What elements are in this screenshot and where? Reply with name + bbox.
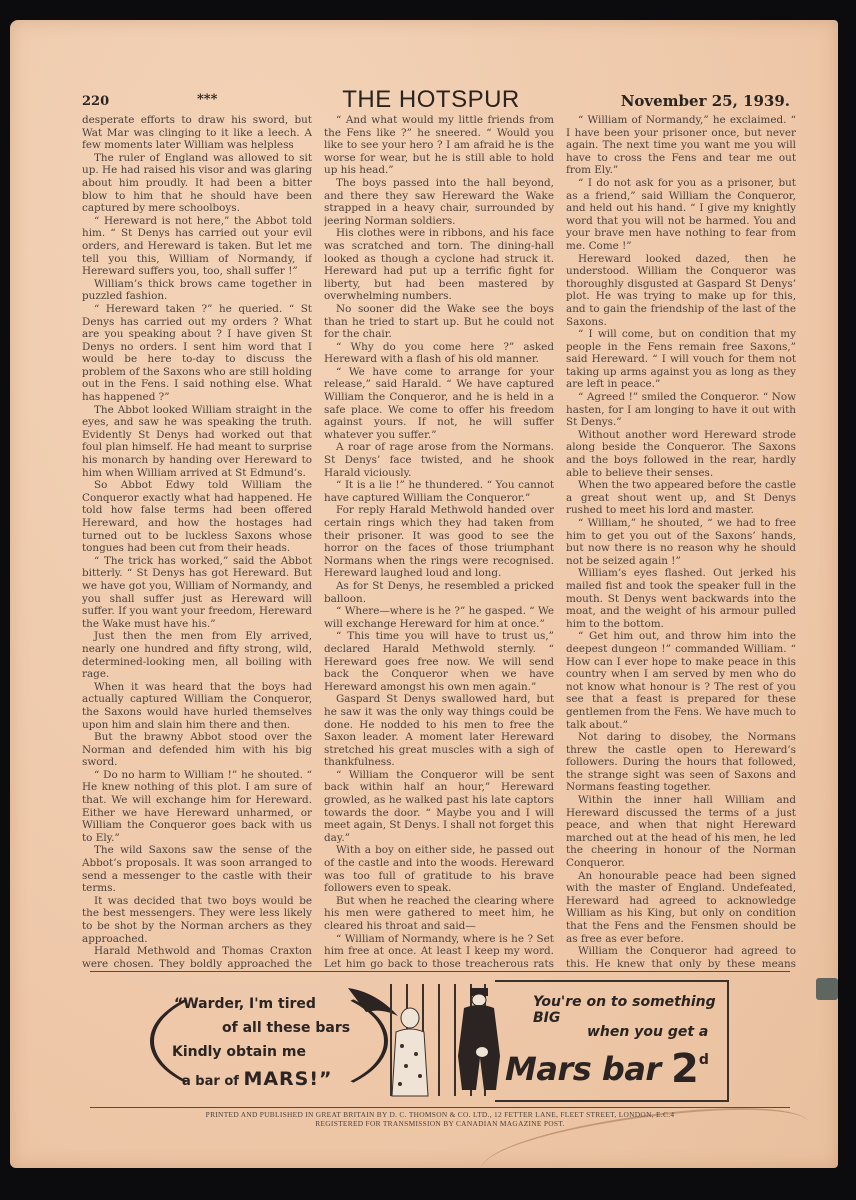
story-paragraph: Just then the men from Ely arrived, near… (82, 630, 312, 680)
price: 2d (671, 1046, 709, 1092)
issue-date: November 25, 1939. (621, 92, 790, 110)
story-paragraph: William’s thick brows came together in p… (82, 278, 312, 303)
story-paragraph: It was decided that two boys would be th… (82, 895, 312, 945)
story-paragraph: “ I will come, but on condition that my … (566, 328, 796, 391)
story-paragraph: But when he reached the clearing where h… (324, 895, 554, 933)
story-paragraph: William the Conqueror had agreed to this… (566, 945, 796, 970)
story-paragraph: “ I do not ask for you as a prisoner, bu… (566, 177, 796, 253)
story-paragraph: “ Agreed !” smiled the Conqueror. “ Now … (566, 391, 796, 429)
story-paragraph: The wild Saxons saw the sense of the Abb… (82, 844, 312, 894)
story-paragraph: The Abbot looked William straight in the… (82, 404, 312, 480)
ad-top-rule (90, 971, 790, 972)
story-paragraph: Gaspard St Denys swallowed hard, but he … (324, 693, 554, 769)
story-paragraph: When it was heard that the boys had actu… (82, 681, 312, 731)
publisher-footer: PRINTED AND PUBLISHED IN GREAT BRITAIN B… (90, 1110, 790, 1128)
story-paragraph: His clothes were in ribbons, and his fac… (324, 227, 554, 303)
story-paragraph: The ruler of England was allowed to sit … (82, 152, 312, 215)
side-tab-marker (816, 978, 838, 1000)
page-header: 220 *** THE HOTSPUR November 25, 1939. (72, 88, 790, 116)
footer-rule (90, 1107, 790, 1108)
story-paragraph: “ Why do you come here ?” asked Hereward… (324, 341, 554, 366)
story-paragraph: Harald Methwold and Thomas Craxton were … (82, 945, 312, 970)
story-paragraph: But the brawny Abbot stood over the Norm… (82, 731, 312, 769)
speech-line-2: of all these bars (222, 1020, 350, 1036)
column-1: desperate efforts to draw his sword, but… (82, 114, 312, 970)
slogan-line-2: when you get a (587, 1024, 708, 1040)
column-3: “ William of Normandy,” he exclaimed. “ … (566, 114, 796, 970)
story-paragraph: “ William of Normandy,” he exclaimed. “ … (566, 114, 796, 177)
column-2: “ And what would my little friends from … (324, 114, 554, 970)
story-paragraph: An honourable peace had been signed with… (566, 870, 796, 946)
mars-advertisement: “Warder, I'm tired of all these bars Kin… (150, 976, 730, 1102)
story-paragraph: “ William the Conqueror will be sent bac… (324, 769, 554, 845)
story-paragraph: The boys passed into the hall beyond, an… (324, 177, 554, 227)
story-paragraph: “ This time you will have to trust us,” … (324, 630, 554, 693)
story-paragraph: desperate efforts to draw his sword, but… (82, 114, 312, 152)
footer-line-2: REGISTERED FOR TRANSMISSION BY CANADIAN … (90, 1119, 790, 1128)
speech-line-3: Kindly obtain me (172, 1044, 306, 1060)
story-paragraph: Hereward looked dazed, then he understoo… (566, 253, 796, 329)
story-paragraph: A roar of rage arose from the Normans. S… (324, 441, 554, 479)
speech-line-1: “Warder, I'm tired (174, 996, 316, 1012)
story-paragraph: With a boy on either side, he passed out… (324, 844, 554, 894)
story-paragraph: “ Get him out, and throw him into the de… (566, 630, 796, 731)
mars-brand: MARS!” (243, 1068, 332, 1090)
story-paragraph: When the two appeared before the castle … (566, 479, 796, 517)
footer-line-1: PRINTED AND PUBLISHED IN GREAT BRITAIN B… (90, 1110, 790, 1119)
story-paragraph: No sooner did the Wake see the boys than… (324, 303, 554, 341)
prisoner-figure-icon (388, 1006, 438, 1098)
story-paragraph: “ Hereward is not here,” the Abbot told … (82, 215, 312, 278)
story-paragraph: Without another word Hereward strode alo… (566, 429, 796, 479)
story-paragraph: Not daring to disobey, the Normans threw… (566, 731, 796, 794)
story-paragraph: “ Where—where is he ?” he gasped. “ We w… (324, 605, 554, 630)
story-paragraph: William’s eyes flashed. Out jerked his m… (566, 567, 796, 630)
story-paragraph: “ Hereward taken ?” he queried. “ St Den… (82, 303, 312, 404)
story-paragraph: “ We have come to arrange for your relea… (324, 366, 554, 442)
story-paragraph: As for St Denys, he resembled a pricked … (324, 580, 554, 605)
slogan-box: You're on to something BIG when you get … (495, 980, 729, 1102)
speech-line-4: a bar of MARS!” (182, 1068, 333, 1090)
story-columns: desperate efforts to draw his sword, but… (82, 114, 796, 970)
story-paragraph: “ William,” he shouted, “ we had to free… (566, 517, 796, 567)
story-paragraph: “ It is a lie !” he thundered. “ You can… (324, 479, 554, 504)
story-paragraph: “ Do no harm to William !” he shouted. “… (82, 769, 312, 845)
story-paragraph: “ The trick has worked,” said the Abbot … (82, 555, 312, 631)
product-name: Mars bar (505, 1050, 661, 1088)
story-paragraph: Within the inner hall William and Herewa… (566, 794, 796, 870)
story-paragraph: For reply Harald Methwold handed over ce… (324, 504, 554, 580)
story-paragraph: “ And what would my little friends from … (324, 114, 554, 177)
story-paragraph: “ William of Normandy, where is he ? Set… (324, 933, 554, 970)
slogan-line-1: You're on to something BIG (533, 994, 727, 1026)
story-paragraph: So Abbot Edwy told William the Conqueror… (82, 479, 312, 555)
